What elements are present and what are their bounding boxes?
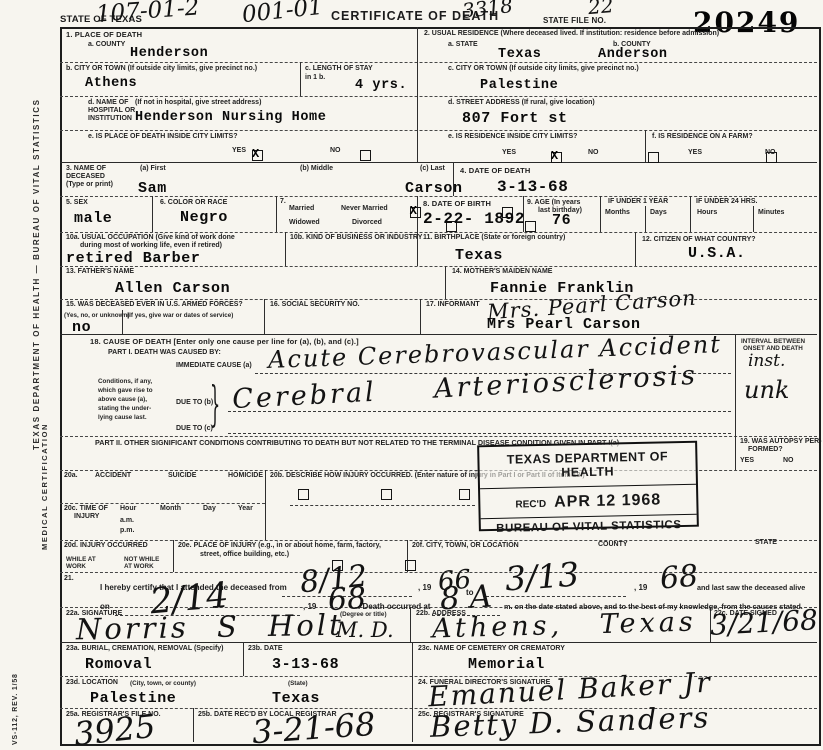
- date-of-death-label: 4. DATE OF DEATH: [460, 166, 530, 175]
- race-value: Negro: [180, 209, 228, 226]
- first-name-label: (a) First: [140, 165, 166, 174]
- street-address-label: d. STREET ADDRESS (If rural, give locati…: [448, 99, 595, 108]
- date-of-birth-label: 8. DATE OF BIRTH: [423, 199, 491, 208]
- divorced-checkbox: [525, 221, 536, 232]
- citizen-label: 12. CITIZEN OF WHAT COUNTRY?: [642, 236, 756, 245]
- burial-state-value: Texas: [272, 690, 320, 707]
- accident-label: ACCIDENT: [95, 472, 131, 481]
- date-of-birth-value: 2-22- 1892: [423, 210, 525, 228]
- handwritten-code-1: 107-01-2: [95, 0, 200, 27]
- institution-label3: INSTITUTION: [88, 115, 132, 124]
- divorced-label: Divorced: [352, 219, 382, 228]
- marital-section-label: 7.: [280, 198, 286, 207]
- accident-checkbox: [298, 489, 309, 500]
- burial-city-value: Palestine: [90, 690, 176, 707]
- injury-city-label: 20f. CITY, TOWN, OR LOCATION: [412, 542, 519, 551]
- residence-limits-no-label: NO: [588, 149, 599, 158]
- divider: [645, 130, 646, 162]
- married-label: Married: [289, 205, 314, 214]
- death-limits-no-label: NO: [330, 147, 341, 156]
- farm-yes-label: YES: [688, 149, 702, 158]
- divider: [60, 436, 817, 437]
- date-of-death-value: 3-13-68: [497, 178, 568, 196]
- residence-state-value: Texas: [498, 47, 542, 62]
- divider: [60, 232, 817, 233]
- stamp-agency-line: TEXAS DEPARTMENT OF HEALTH: [479, 443, 696, 482]
- divider: [735, 334, 736, 470]
- residence-city-value: Palestine: [480, 78, 558, 93]
- armed-forces-value: no: [72, 319, 91, 336]
- section2-title: 2. USUAL RESIDENCE (Where deceased lived…: [424, 30, 719, 39]
- divider: [60, 96, 817, 97]
- armed-forces-label: 15. WAS DECEASED EVER IN U.S. ARMED FORC…: [66, 301, 243, 310]
- conditions-note-line3: above cause (a),: [98, 396, 147, 404]
- day-label: Day: [203, 505, 216, 514]
- institution-value: Henderson Nursing Home: [135, 110, 326, 125]
- deceased-name-label3: (Type or print): [66, 181, 113, 190]
- cert-attended-to-handwritten: 3/13: [504, 557, 580, 595]
- death-limits-no-checkbox: [360, 150, 371, 161]
- autopsy-yes-label: YES: [740, 457, 754, 466]
- sex-value: male: [74, 210, 112, 227]
- immediate-cause-label: IMMEDIATE CAUSE (a): [176, 362, 252, 371]
- am-label: a.m.: [120, 517, 134, 526]
- stamp-recd-label: REC'D: [515, 499, 546, 511]
- divider: [445, 266, 446, 299]
- cert-text-4: , 19: [634, 583, 647, 592]
- divider: [173, 540, 174, 572]
- divider: [152, 196, 153, 232]
- due-to-b-label: DUE TO (b): [176, 399, 213, 408]
- divider: [60, 299, 817, 300]
- margin-agency-text: TEXAS DEPARTMENT OF HEALTH — BUREAU OF V…: [32, 58, 41, 450]
- checkbox-x-mark: X: [551, 149, 558, 163]
- birthplace-value: Texas: [455, 247, 503, 264]
- cemetery-label: 23c. NAME OF CEMETERY OR CREMATORY: [418, 645, 565, 654]
- hour-label: Hour: [120, 505, 136, 514]
- homicide-label: HOMICIDE: [228, 472, 263, 481]
- conditions-note-line5: lying cause last.: [98, 414, 147, 422]
- death-certificate-document: TEXAS DEPARTMENT OF HEALTH — BUREAU OF V…: [0, 0, 823, 750]
- burial-location-note1: (City, town, or county): [130, 680, 196, 688]
- state-file-no-label: STATE FILE NO.: [543, 16, 606, 26]
- armed-forces-note2: (If yes, give war or dates of service): [127, 312, 233, 320]
- death-city-limits-label: e. IS PLACE OF DEATH INSIDE CITY LIMITS?: [88, 133, 237, 142]
- interval-a-handwritten: inst.: [748, 353, 785, 370]
- divider: [753, 206, 754, 232]
- autopsy-no-label: NO: [783, 457, 794, 466]
- divider: [635, 232, 636, 266]
- divider: [600, 196, 601, 232]
- margin-form-number: VS-112, REV. 1/58: [12, 635, 19, 745]
- interval-b-handwritten: unk: [744, 378, 789, 402]
- margin-medical-certification-text: MEDICAL CERTIFICATION: [40, 420, 49, 550]
- last-name-label: (c) Last: [420, 165, 445, 174]
- length-of-stay-label2: in 1 b.: [305, 74, 325, 83]
- farm-no-label: NO: [765, 149, 776, 158]
- part1-label: PART I. DEATH WAS CAUSED BY:: [108, 349, 221, 358]
- burial-location-label: 23d. LOCATION: [66, 679, 118, 688]
- last-name-value: Carson: [405, 180, 463, 197]
- place-of-injury-label2: street, office building, etc.): [200, 551, 289, 560]
- residence-limits-no-checkbox: [648, 152, 659, 163]
- informant-typed: Mrs Pearl Carson: [487, 316, 641, 333]
- section1-title: 1. PLACE OF DEATH: [66, 30, 142, 39]
- industry-label: 10b. KIND OF BUSINESS OR INDUSTRY: [290, 234, 422, 243]
- physician-address-handwritten: Athens, Texas: [432, 609, 697, 643]
- residence-county-value: Anderson: [598, 47, 668, 62]
- autopsy-label-2: FORMED?: [748, 446, 783, 455]
- divider: [690, 196, 691, 232]
- conditions-note-line4: stating the under-: [98, 405, 151, 413]
- burial-removal-value: Romoval: [85, 656, 152, 673]
- death-limits-yes-checkbox: X: [252, 150, 263, 161]
- race-label: 6. COLOR OR RACE: [160, 199, 227, 208]
- burial-removal-label: 23a. BURIAL, CREMATION, REMOVAL (Specify…: [66, 645, 224, 654]
- divider: [265, 470, 266, 540]
- middle-name-label: (b) Middle: [300, 165, 333, 174]
- divider: [285, 232, 286, 266]
- physician-degree-handwritten: M. D.: [336, 620, 394, 641]
- divider: [60, 162, 817, 163]
- conditions-note-line2: which gave rise to: [98, 387, 153, 395]
- never-married-label: Never Married: [341, 205, 388, 214]
- date-signed-handwritten: 3/21/68: [709, 606, 818, 640]
- cert-section-number: 21.: [64, 575, 74, 584]
- sex-label: 5. SEX: [66, 199, 88, 208]
- birthplace-label: 11. BIRTHPLACE (State or foreign country…: [423, 234, 565, 243]
- street-address-value: 807 Fort st: [462, 110, 568, 127]
- registrar-file-no-handwritten: 3925: [73, 710, 157, 750]
- divider: [300, 62, 301, 96]
- divider: [420, 299, 421, 334]
- ssn-label: 16. SOCIAL SECURITY NO.: [270, 301, 360, 310]
- divider: [243, 642, 244, 676]
- physician-signature-handwritten: Norris S Holt: [76, 611, 344, 645]
- mother-name-label: 14. MOTHER'S MAIDEN NAME: [452, 268, 552, 277]
- checkbox-x-mark: X: [410, 204, 417, 218]
- residence-limits-yes-label: YES: [502, 149, 516, 158]
- handwritten-number-2: 22: [587, 0, 614, 17]
- informant-label: 17. INFORMANT: [426, 301, 480, 310]
- divider: [60, 503, 265, 504]
- divider: [264, 299, 265, 334]
- county-value: Henderson: [130, 46, 208, 61]
- residence-state-label: a. STATE: [448, 41, 478, 50]
- cert-text-5: and last saw the deceased alive: [697, 583, 805, 592]
- while-at-work-label2: WORK: [66, 563, 86, 571]
- divider: [193, 708, 194, 742]
- city-or-town-label: b. CITY OR TOWN (If outside city limits,…: [66, 65, 257, 74]
- burial-location-note2: (State): [288, 680, 308, 688]
- father-name-value: Allen Carson: [115, 280, 230, 297]
- injury-county-label: COUNTY: [598, 541, 628, 550]
- cert-to-year-handwritten: 68: [659, 561, 700, 594]
- stamp-date: APR 12 1968: [554, 491, 661, 511]
- cemetery-value: Memorial: [468, 656, 545, 673]
- cert-text-2: , 19: [418, 583, 431, 592]
- occupation-value: retired Barber: [66, 250, 200, 267]
- farm-label: f. IS RESIDENCE ON A FARM?: [652, 133, 753, 142]
- date-recd-handwritten: 3-21-68: [251, 708, 376, 749]
- divider: [410, 607, 411, 642]
- father-name-label: 13. FATHER'S NAME: [66, 268, 134, 277]
- handwritten-number-1: 3318: [461, 0, 514, 21]
- divider: [60, 62, 817, 63]
- months-label: Months: [605, 209, 630, 218]
- place-of-injury-label: 20e. PLACE OF INJURY (e.g., in or about …: [178, 542, 381, 551]
- conditions-note-line1: Conditions, if any,: [98, 378, 152, 386]
- length-of-stay-value: 4 yrs.: [355, 78, 407, 93]
- divider: [276, 196, 277, 232]
- divider: [60, 130, 817, 131]
- divider: [645, 206, 646, 232]
- residence-city-limits-label: e. IS RESIDENCE INSIDE CITY LIMITS?: [448, 133, 577, 142]
- minutes-label: Minutes: [758, 209, 784, 218]
- if-under-1-year-label: IF UNDER 1 YEAR: [608, 198, 668, 207]
- year-label: Year: [238, 505, 253, 514]
- handwritten-code-2: 001-01: [241, 0, 324, 27]
- not-while-at-work-label2: AT WORK: [124, 563, 154, 571]
- divider: [290, 505, 475, 506]
- injury-20a-label: 20a.: [64, 472, 78, 481]
- homicide-checkbox: [459, 489, 470, 500]
- suicide-label: SUICIDE: [168, 472, 196, 481]
- suicide-checkbox: [381, 489, 392, 500]
- divider: [228, 433, 731, 434]
- time-of-injury-label2: INJURY: [74, 513, 99, 522]
- first-name-value: Sam: [138, 180, 167, 197]
- if-under-24-hrs-label: IF UNDER 24 HRS.: [696, 198, 757, 207]
- pm-label: p.m.: [120, 527, 134, 536]
- burial-date-label: 23b. DATE: [248, 645, 283, 654]
- citizen-value: U.S.A.: [688, 245, 746, 262]
- residence-city-label: c. CITY OR TOWN (If outside city limits,…: [448, 65, 639, 74]
- injury-occurred-label: 20d. INJURY OCCURRED: [64, 542, 148, 551]
- age-value: 76: [552, 212, 571, 229]
- injury-state-label: STATE: [755, 539, 777, 548]
- month-label: Month: [160, 505, 181, 514]
- days-label: Days: [650, 209, 667, 218]
- divider: [417, 27, 418, 162]
- received-stamp: TEXAS DEPARTMENT OF HEALTH REC'D APR 12 …: [477, 441, 699, 532]
- checkbox-x-mark: X: [252, 147, 259, 161]
- married-checkbox: X: [410, 207, 421, 218]
- divider: [412, 642, 413, 742]
- county-label: a. COUNTY: [88, 41, 125, 50]
- death-limits-yes-label: YES: [232, 147, 246, 156]
- due-to-c-label: DUE TO (c): [176, 425, 213, 434]
- divider: [60, 470, 817, 471]
- length-of-stay-label: c. LENGTH OF STAY: [305, 65, 373, 74]
- city-or-town-value: Athens: [85, 76, 137, 91]
- hours-label: Hours: [697, 209, 717, 218]
- burial-date-value: 3-13-68: [272, 656, 339, 673]
- residence-limits-yes-checkbox: X: [551, 152, 562, 163]
- widowed-label: Widowed: [289, 219, 320, 228]
- institution-note: (If not in hospital, give street address…: [135, 99, 261, 108]
- not-while-at-work-checkbox: [405, 560, 416, 571]
